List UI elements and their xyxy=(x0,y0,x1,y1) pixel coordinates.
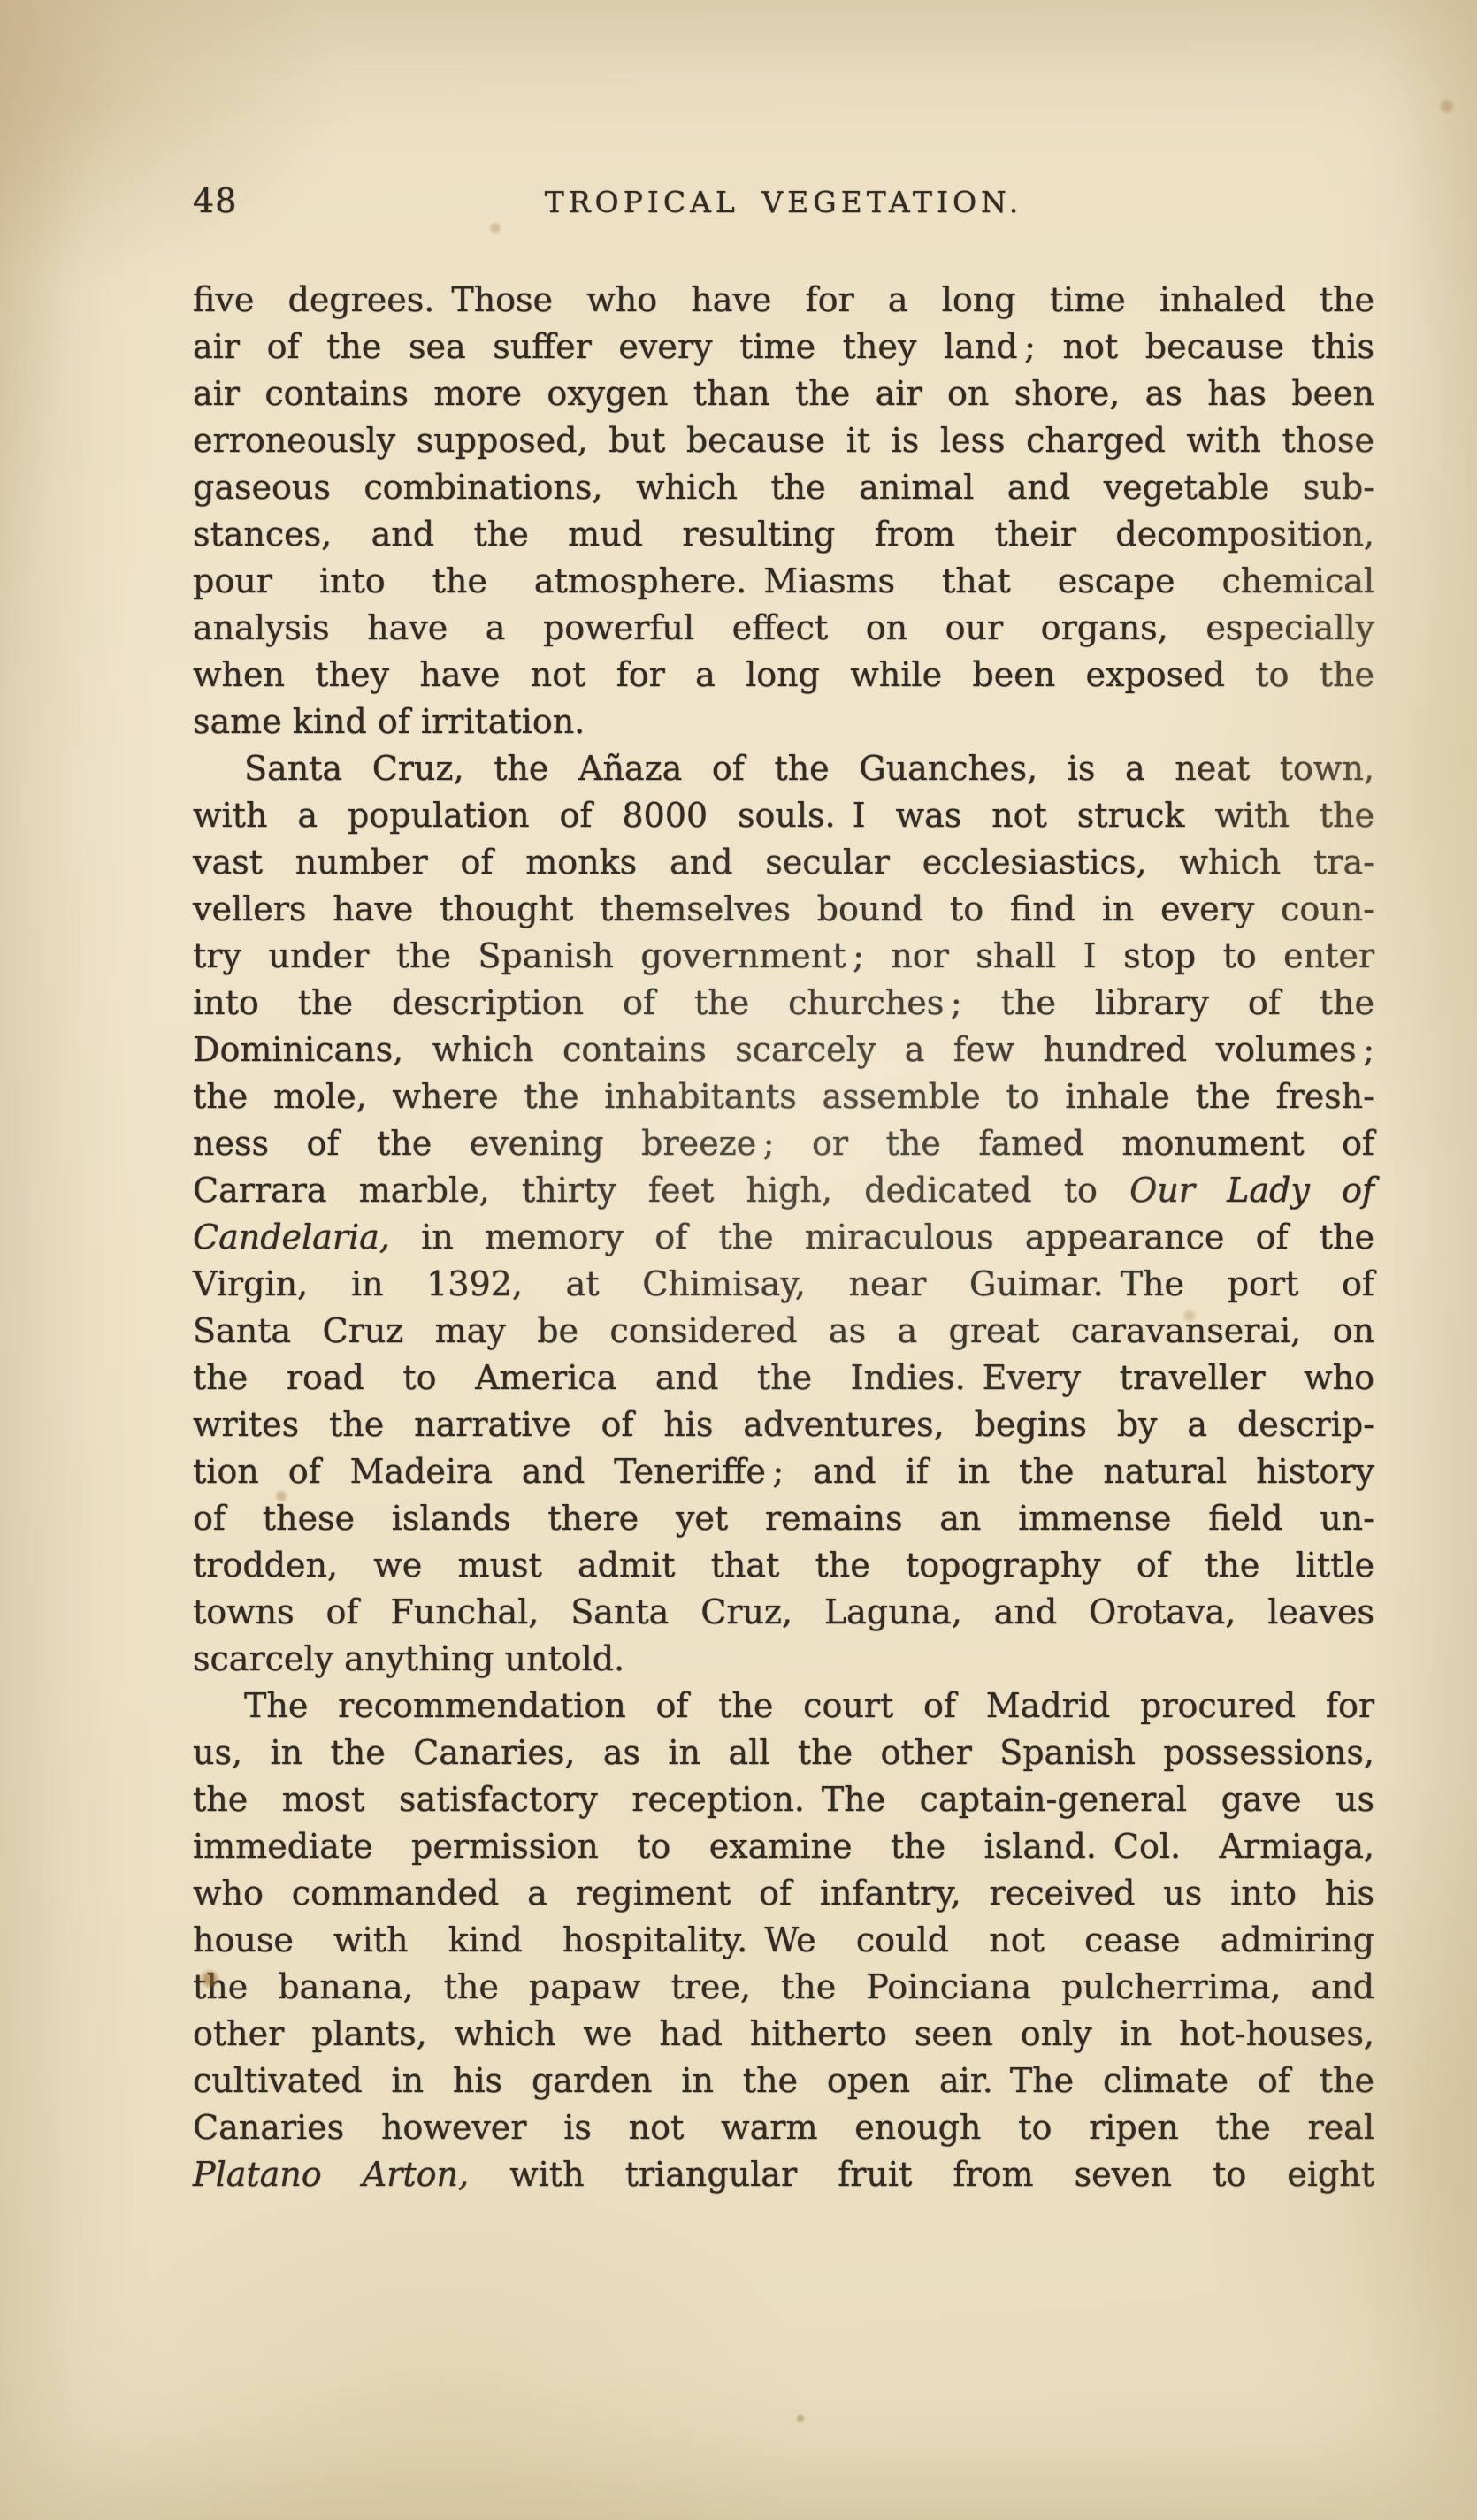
text-segment: tion of Madeira and Teneriffe ; and if i… xyxy=(193,1452,1374,1491)
text-segment: vast number of monks and secular ecclesi… xyxy=(193,843,1374,882)
text-line: other plants, which we had hitherto seen… xyxy=(193,2011,1374,2058)
italic-text: Platano Arton, xyxy=(193,2155,469,2194)
text-line: air of the sea suffer every time they la… xyxy=(193,324,1374,370)
text-line: vast number of monks and secular ecclesi… xyxy=(193,839,1374,886)
running-header: TROPICAL VEGETATION. xyxy=(193,179,1374,219)
text-line: gaseous combinations, which the animal a… xyxy=(193,464,1374,511)
text-line: try under the Spanish government ; nor s… xyxy=(193,933,1374,980)
text-line: cultivated in his garden in the open air… xyxy=(193,2058,1374,2104)
page-number: 48 xyxy=(193,181,237,220)
text-line: five degrees. Those who have for a long … xyxy=(193,277,1374,324)
text-line: vellers have thought themselves bound to… xyxy=(193,886,1374,933)
text-segment: the banana, the papaw tree, the Poincian… xyxy=(193,1967,1374,2006)
text-segment: same kind of irritation. xyxy=(193,702,585,741)
text-line: same kind of irritation. xyxy=(193,699,1374,745)
text-line: Virgin, in 1392, at Chimisay, near Guima… xyxy=(193,1261,1374,1308)
text-segment: of these islands there yet remains an im… xyxy=(193,1499,1374,1538)
text-segment: us, in the Canaries, as in all the other… xyxy=(193,1733,1374,1772)
page-header: 48 TROPICAL VEGETATION. xyxy=(193,179,1374,218)
text-segment: try under the Spanish government ; nor s… xyxy=(193,936,1374,975)
text-segment: Carrara marble, thirty feet high, dedica… xyxy=(193,1171,1129,1210)
text-segment: into the description of the churches ; t… xyxy=(193,983,1374,1022)
text-segment: The recommendation of the court of Madri… xyxy=(244,1686,1374,1725)
text-segment: stances, and the mud resulting from thei… xyxy=(193,515,1374,554)
text-segment: pour into the atmosphere. Miasms that es… xyxy=(193,561,1374,600)
italic-text: Candelaria, xyxy=(193,1218,390,1256)
text-segment: house with kind hospitality. We could no… xyxy=(193,1921,1374,1959)
text-line: the banana, the papaw tree, the Poincian… xyxy=(193,1964,1374,2011)
text-segment: air contains more oxygen than the air on… xyxy=(193,374,1374,413)
text-line: stances, and the mud resulting from thei… xyxy=(193,511,1374,558)
text-segment: analysis have a powerful effect on our o… xyxy=(193,608,1374,647)
text-segment: the road to America and the Indies. Ever… xyxy=(193,1358,1374,1397)
text-segment: towns of Funchal, Santa Cruz, Laguna, an… xyxy=(193,1592,1374,1631)
text-segment: writes the narrative of his adventures, … xyxy=(193,1405,1374,1444)
text-segment: in memory of the miraculous appearance o… xyxy=(390,1218,1374,1256)
text-line: into the description of the churches ; t… xyxy=(193,980,1374,1027)
text-segment: air of the sea suffer every time they la… xyxy=(193,327,1374,366)
text-segment: scarcely anything untold. xyxy=(193,1639,624,1678)
text-line: scarcely anything untold. xyxy=(193,1636,1374,1683)
page-body: five degrees. Those who have for a long … xyxy=(193,277,1374,2198)
text-segment: the most satisfactory reception. The cap… xyxy=(193,1780,1374,1819)
text-segment: erroneously supposed, but because it is … xyxy=(193,421,1374,460)
text-line: immediate permission to examine the isla… xyxy=(193,1823,1374,1870)
text-segment: other plants, which we had hitherto seen… xyxy=(193,2014,1374,2053)
text-segment: vellers have thought themselves bound to… xyxy=(193,890,1374,928)
text-segment: Santa Cruz, the Añaza of the Guanches, i… xyxy=(244,749,1374,788)
text-segment: cultivated in his garden in the open air… xyxy=(193,2061,1374,2100)
text-line: writes the narrative of his adventures, … xyxy=(193,1401,1374,1448)
text-segment: with triangular fruit from seven to eigh… xyxy=(469,2155,1374,2194)
text-line: analysis have a powerful effect on our o… xyxy=(193,605,1374,652)
text-segment: the mole, where the inhabitants assemble… xyxy=(193,1077,1374,1116)
text-line: Canaries however is not warm enough to r… xyxy=(193,2104,1374,2151)
text-segment: Canaries however is not warm enough to r… xyxy=(193,2108,1374,2147)
text-line: Dominicans, which contains scarcely a fe… xyxy=(193,1027,1374,1073)
text-line: the most satisfactory reception. The cap… xyxy=(193,1776,1374,1823)
text-line: the road to America and the Indies. Ever… xyxy=(193,1355,1374,1401)
text-segment: trodden, we must admit that the topograp… xyxy=(193,1546,1374,1585)
text-segment: ness of the evening breeze ; or the fame… xyxy=(193,1124,1374,1163)
text-segment: when they have not for a long while been… xyxy=(193,655,1374,694)
text-segment: immediate permission to examine the isla… xyxy=(193,1827,1374,1866)
text-line: when they have not for a long while been… xyxy=(193,652,1374,699)
text-segment: Virgin, in 1392, at Chimisay, near Guima… xyxy=(193,1264,1374,1303)
text-line: air contains more oxygen than the air on… xyxy=(193,370,1374,417)
text-line: ness of the evening breeze ; or the fame… xyxy=(193,1120,1374,1167)
text-line: of these islands there yet remains an im… xyxy=(193,1495,1374,1542)
text-segment: who commanded a regiment of infantry, re… xyxy=(193,1874,1374,1913)
text-line: The recommendation of the court of Madri… xyxy=(193,1683,1374,1730)
text-line: the mole, where the inhabitants assemble… xyxy=(193,1073,1374,1120)
text-line: towns of Funchal, Santa Cruz, Laguna, an… xyxy=(193,1589,1374,1636)
text-segment: five degrees. Those who have for a long … xyxy=(193,280,1374,319)
text-segment: with a population of 8000 souls. I was n… xyxy=(193,796,1374,835)
text-segment: Dominicans, which contains scarcely a fe… xyxy=(193,1030,1374,1069)
text-line: who commanded a regiment of infantry, re… xyxy=(193,1870,1374,1917)
text-line: Platano Arton, with triangular fruit fro… xyxy=(193,2151,1374,2198)
text-segment: gaseous combinations, which the animal a… xyxy=(193,468,1374,507)
text-line: Carrara marble, thirty feet high, dedica… xyxy=(193,1167,1374,1214)
text-segment: Santa Cruz may be considered as a great … xyxy=(193,1311,1374,1350)
italic-text: Our Lady of xyxy=(1129,1171,1374,1210)
text-line: tion of Madeira and Teneriffe ; and if i… xyxy=(193,1448,1374,1495)
text-line: erroneously supposed, but because it is … xyxy=(193,417,1374,464)
text-line: with a population of 8000 souls. I was n… xyxy=(193,792,1374,839)
text-line: us, in the Canaries, as in all the other… xyxy=(193,1730,1374,1776)
text-line: Santa Cruz, the Añaza of the Guanches, i… xyxy=(193,745,1374,792)
text-line: house with kind hospitality. We could no… xyxy=(193,1917,1374,1964)
book-page-scan: 48 TROPICAL VEGETATION. five degrees. Th… xyxy=(0,0,1477,2520)
text-line: pour into the atmosphere. Miasms that es… xyxy=(193,558,1374,605)
text-line: trodden, we must admit that the topograp… xyxy=(193,1542,1374,1589)
text-line: Candelaria, in memory of the miraculous … xyxy=(193,1214,1374,1261)
text-line: Santa Cruz may be considered as a great … xyxy=(193,1308,1374,1355)
